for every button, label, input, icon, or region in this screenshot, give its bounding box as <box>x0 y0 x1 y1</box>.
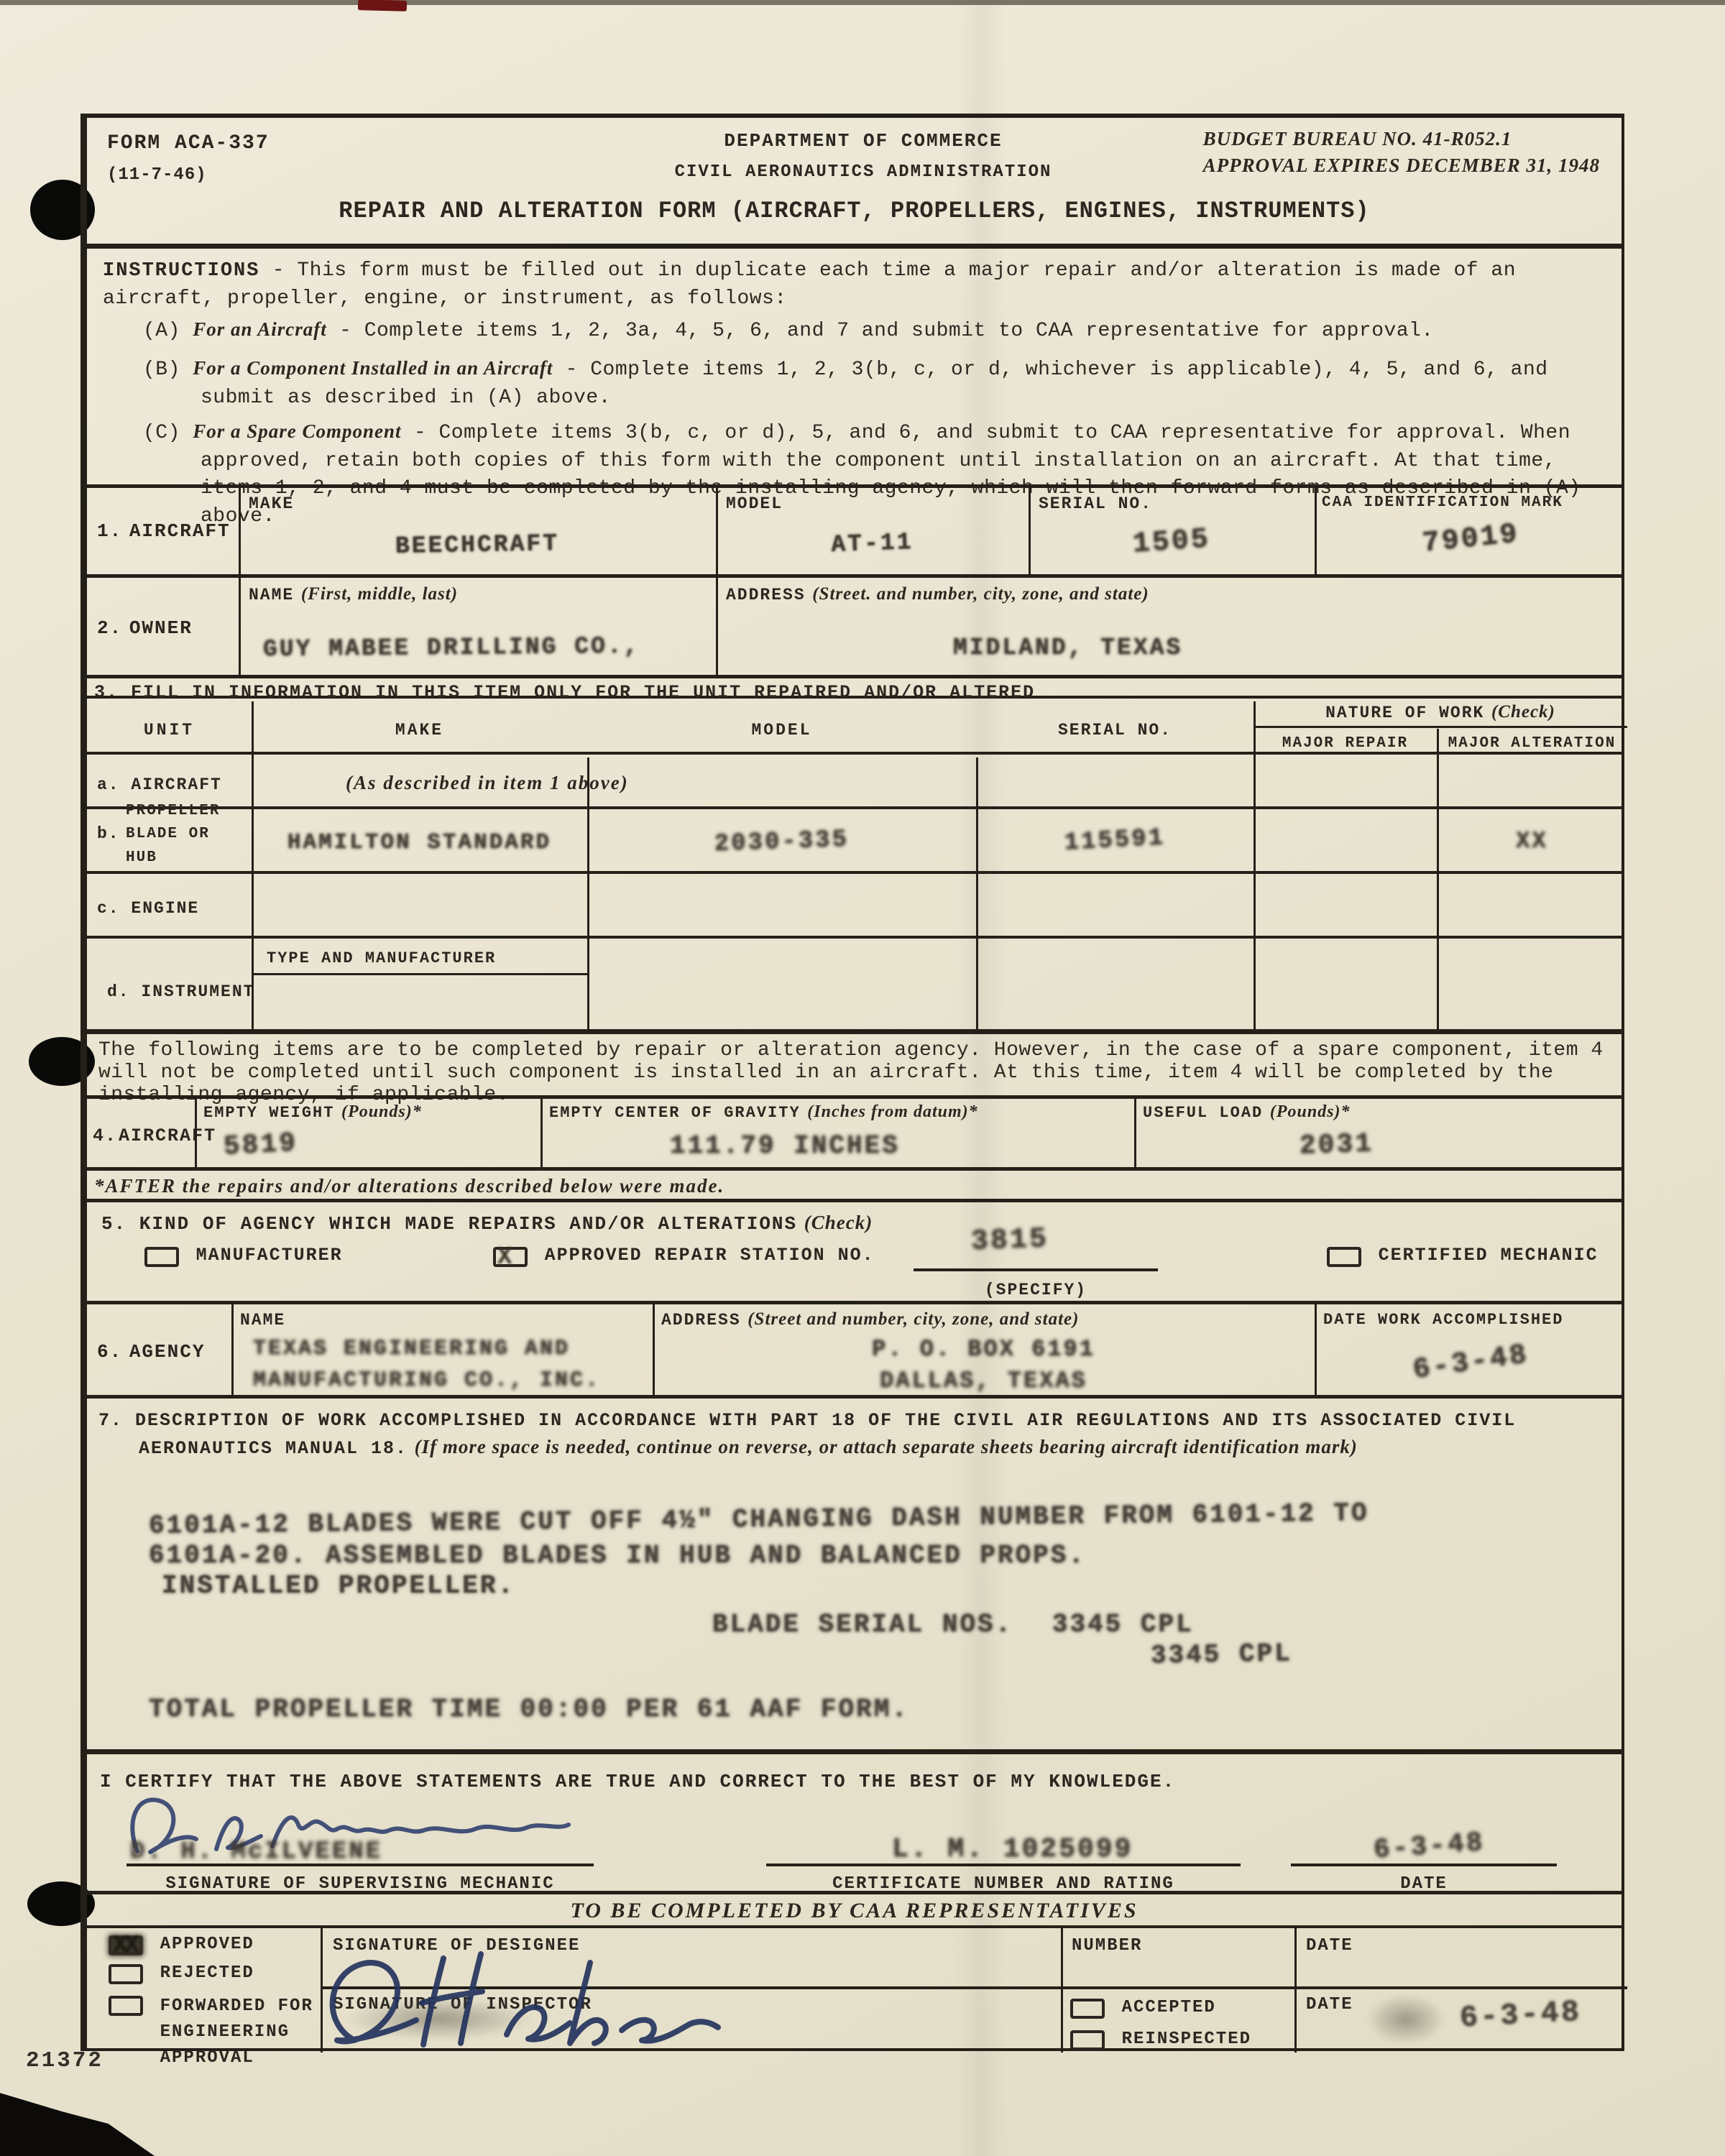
instruction-item-b: (B) For a Component Installed in an Airc… <box>143 356 1602 412</box>
certification-date-line[interactable] <box>1291 1864 1557 1866</box>
inspector-signature-text: E. H. Hale <box>87 1928 88 1929</box>
forwarded-label-1: FORWARDED FOR <box>160 1996 313 2017</box>
caa-representatives-box: XX APPROVED REJECTED FORWARDED FOR ENGIN… <box>87 1925 1621 2053</box>
item3-heading-bar: 3. FILL IN INFORMATION IN THIS ITEM ONLY… <box>87 675 1621 699</box>
instruction-b-title: For a Component Installed in an Aircraft <box>193 357 553 379</box>
table-row-propeller[interactable]: b. PROPELLER BLADE OR HUB HAMILTON STAND… <box>87 812 1621 874</box>
repair-station-option[interactable]: X APPROVED REPAIR STATION NO. <box>493 1244 875 1267</box>
instruction-a-title: For an Aircraft <box>193 318 327 340</box>
row-d-title: INSTRUMENT <box>141 982 254 1001</box>
item4-cg-cell[interactable]: EMPTY CENTER OF GRAVITY (Inches from dat… <box>540 1099 1134 1167</box>
description-line2: 6101A-20. ASSEMBLED BLADES IN HUB AND BA… <box>149 1539 1086 1572</box>
item6-agency-row: 6. AGENCY NAME TEXAS ENGINEERING AND MAN… <box>87 1301 1621 1395</box>
row-b-serial: 115591 <box>975 819 1254 863</box>
caa-heading-band: TO BE COMPLETED BY CAA REPRESENTATIVES <box>87 1891 1621 1925</box>
description-line3: INSTALLED PROPELLER. <box>162 1570 515 1602</box>
row-c-prefix: c. <box>97 899 120 918</box>
date-work-value: 6-3-48 <box>1314 1325 1628 1402</box>
row-a-title: AIRCRAFT <box>131 775 221 794</box>
scan-edge <box>0 0 1725 5</box>
agency-address-label: ADDRESS <box>661 1311 741 1330</box>
date-work-label: DATE WORK ACCOMPLISHED <box>1323 1310 1563 1330</box>
row-b-line2: BLADE OR <box>126 825 220 844</box>
useful-load-hint: (Pounds)* <box>1270 1102 1351 1121</box>
form-header: FORM ACA-337 (11-7-46) DEPARTMENT OF COM… <box>87 118 1621 244</box>
reinspected-checkbox[interactable] <box>1070 2030 1105 2050</box>
item3-heading: 3. FILL IN INFORMATION IN THIS ITEM ONLY… <box>94 681 1035 704</box>
row-a-label: a. AIRCRAFT <box>97 775 222 796</box>
form-revision-date: (11-7-46) <box>107 165 270 186</box>
administration-line: CIVIL AERONAUTICS ADMINISTRATION <box>590 162 1136 183</box>
blade-serial-label: BLADE SERIAL NOS. <box>712 1610 1013 1639</box>
instructions-intro: INSTRUCTIONS - This form must be filled … <box>103 257 1605 313</box>
row-a-note: (As described in item 1 above) <box>346 773 629 793</box>
accepted-label: ACCEPTED <box>1122 1998 1216 2017</box>
make-value: BEECHCRAFT <box>239 527 717 563</box>
caa-id-value: 79019 <box>1314 506 1629 573</box>
item7-heading-hint: (If more space is needed, continue on re… <box>415 1436 1358 1457</box>
cg-hint: (Inches from datum)* <box>807 1102 977 1121</box>
serial-label: SERIAL NO. <box>1039 494 1152 515</box>
instructions-intro-text: - This form must be filled out in duplic… <box>103 259 1516 310</box>
table-row-aircraft: a. AIRCRAFT (As described in item 1 abov… <box>87 757 1621 809</box>
row-d-prefix: d. <box>107 982 130 1001</box>
empty-weight-value: 5819 <box>223 1127 298 1164</box>
owner-name-label: NAME <box>249 586 294 604</box>
item2-owner-row: 2. OWNER NAME (First, middle, last) GUY … <box>87 574 1621 675</box>
item4-label: 4. <box>93 1125 117 1147</box>
certified-mechanic-checkbox[interactable] <box>1327 1247 1361 1267</box>
inspector-date-label: DATE <box>1306 1994 1353 2016</box>
row-b-line3: HUB <box>126 849 220 867</box>
row-b-label: b. PROPELLER BLADE OR HUB <box>97 802 220 867</box>
reinspected-label: REINSPECTED <box>1122 2030 1251 2049</box>
agency-address-hint: (Street and number, city, zone, and stat… <box>747 1309 1079 1329</box>
manufacturer-checkbox[interactable] <box>144 1247 179 1267</box>
form-number-block: FORM ACA-337 (11-7-46) <box>107 131 270 186</box>
divider <box>1061 1928 1063 2053</box>
serial-value: 1505 <box>1028 515 1315 570</box>
designee-date-label: DATE <box>1306 1935 1353 1957</box>
repair-station-checkbox[interactable]: X <box>493 1247 528 1267</box>
make-label: MAKE <box>249 494 294 515</box>
blade-serial-block: BLADE SERIAL NOS. 3345 CPL <box>712 1608 1194 1641</box>
red-ink-mark <box>358 0 407 11</box>
item3-table: UNIT MAKE MODEL SERIAL NO. NATURE OF WOR… <box>87 701 1621 1029</box>
blade-serial-2: 3345 CPL <box>1151 1637 1293 1672</box>
budget-block: BUDGET BUREAU NO. 41-R052.1 APPROVAL EXP… <box>1203 129 1600 175</box>
item5-heading-hint: (Check) <box>804 1212 873 1233</box>
rejected-option[interactable]: REJECTED <box>109 1963 254 1984</box>
divider <box>587 757 589 1029</box>
table-row-engine[interactable]: c. ENGINE <box>87 877 1621 939</box>
specify-label: (SPECIFY) <box>914 1280 1158 1301</box>
scanned-form-sheet: 21372 FORM ACA-337 (11-7-46) DEPARTMENT … <box>0 0 1725 2156</box>
item2-title: OWNER <box>129 617 193 639</box>
model-label: MODEL <box>726 494 783 515</box>
divider <box>252 701 254 1029</box>
col-major-repair: MAJOR REPAIR <box>1253 734 1437 753</box>
row-b-model: 2030-335 <box>586 821 976 865</box>
certified-mechanic-label: CERTIFIED MECHANIC <box>1379 1245 1598 1266</box>
repair-station-label: APPROVED REPAIR STATION NO. <box>545 1245 875 1266</box>
instructions-label: INSTRUCTIONS <box>103 260 259 282</box>
table-row-instrument[interactable]: d. INSTRUMENT TYPE AND MANUFACTURER <box>87 941 1621 1029</box>
owner-address-value: MIDLAND, TEXAS <box>953 634 1182 663</box>
certification-section: I CERTIFY THAT THE ABOVE STATEMENTS ARE … <box>87 1749 1621 1891</box>
forwarded-label-2: ENGINEERING <box>160 2022 313 2043</box>
instruction-a-text: - Complete items 1, 2, 3a, 4, 5, 6, and … <box>327 320 1434 342</box>
instructions-section: INSTRUCTIONS - This form must be filled … <box>87 244 1621 484</box>
item1-make-cell[interactable]: MAKE BEECHCRAFT <box>239 488 716 574</box>
department-line: DEPARTMENT OF COMMERCE <box>590 129 1136 153</box>
instruction-b-label: (B) <box>143 359 180 381</box>
instruction-a-label: (A) <box>143 320 180 342</box>
agency-name-line2: MANUFACTURING CO., INC. <box>253 1368 600 1393</box>
department-block: DEPARTMENT OF COMMERCE CIVIL AERONAUTICS… <box>590 129 1136 183</box>
empty-weight-hint: (Pounds)* <box>341 1102 422 1121</box>
forwarded-label-3: APPROVAL <box>160 2047 313 2069</box>
item4-aircraft-row: 4. AIRCRAFT EMPTY WEIGHT (Pounds)* 5819 … <box>87 1095 1621 1167</box>
row-c-label: c. ENGINE <box>97 898 199 919</box>
instruction-c-title: For a Spare Component <box>193 420 401 442</box>
owner-address-hint: (Street. and number, city, zone, and sta… <box>812 584 1149 604</box>
mechanic-signature-text: D. H. McIlveene <box>87 1754 88 1755</box>
cg-value: 111.79 INCHES <box>670 1130 900 1161</box>
item1-title: AIRCRAFT <box>129 520 231 542</box>
model-value: AT-11 <box>715 524 1029 563</box>
row-c-title: ENGINE <box>131 899 199 918</box>
col-nature-of-work: NATURE OF WORK (Check) <box>1253 703 1627 724</box>
item1-aircraft-row: 1. AIRCRAFT MAKE BEECHCRAFT MODEL AT-11 … <box>87 484 1621 574</box>
empty-weight-label: EMPTY WEIGHT <box>203 1104 334 1122</box>
owner-name-value: GUY MABEE DRILLING CO., <box>263 632 640 664</box>
item4-number: 4. <box>93 1125 117 1146</box>
item6-title: AGENCY <box>129 1341 206 1363</box>
col-unit: UNIT <box>87 720 252 741</box>
item6-name-cell[interactable]: NAME TEXAS ENGINEERING AND MANUFACTURING… <box>231 1304 653 1395</box>
item6-label: 6. AGENCY <box>97 1340 205 1364</box>
repair-station-number: 3815 <box>970 1222 1049 1260</box>
certification-date-value: 6-3-48 <box>1373 1827 1486 1867</box>
forwarded-option[interactable]: FORWARDED FOR ENGINEERING APPROVAL <box>109 1996 313 2069</box>
forwarded-checkbox[interactable] <box>109 1996 143 2016</box>
table-header-row: UNIT MAKE MODEL SERIAL NO. NATURE OF WOR… <box>87 701 1621 755</box>
check-mark: X <box>497 1245 509 1270</box>
useful-load-label: USEFUL LOAD <box>1143 1104 1263 1122</box>
item7-description-section[interactable]: 7. DESCRIPTION OF WORK ACCOMPLISHED IN A… <box>87 1395 1621 1749</box>
col-make: MAKE <box>252 720 587 741</box>
row-b-alteration-check[interactable]: XX <box>1437 828 1627 855</box>
caa-id-label: CAA IDENTIFICATION MARK <box>1322 494 1563 512</box>
divider <box>252 973 587 975</box>
certificate-number-line[interactable] <box>766 1864 1241 1866</box>
mechanic-typed-name: D. H. McILVEENE <box>130 1838 382 1867</box>
station-number-line[interactable] <box>914 1268 1158 1271</box>
divider <box>1294 1928 1297 2053</box>
accepted-checkbox[interactable] <box>1070 1999 1105 2019</box>
col-model: MODEL <box>587 720 976 741</box>
item1-number: 1. <box>97 520 122 542</box>
manufacturer-label: MANUFACTURER <box>196 1245 343 1266</box>
agency-name-line1: TEXAS ENGINEERING AND <box>253 1336 570 1362</box>
sheet-number: 21372 <box>26 2050 103 2072</box>
cg-label: EMPTY CENTER OF GRAVITY <box>549 1104 801 1122</box>
item6-address-cell[interactable]: ADDRESS (Street and number, city, zone, … <box>653 1304 1315 1395</box>
blade-serial-1: 3345 CPL <box>1052 1610 1194 1639</box>
approved-label: APPROVED <box>160 1935 254 1954</box>
item1-caa-mark-cell[interactable]: CAA IDENTIFICATION MARK 79019 <box>1315 488 1627 574</box>
inspector-signature[interactable] <box>303 1934 748 2053</box>
nature-hint: (Check) <box>1491 702 1555 722</box>
accepted-option[interactable]: ACCEPTED <box>1070 1997 1216 2019</box>
divider <box>1253 701 1256 1029</box>
rejected-label: REJECTED <box>160 1963 254 1983</box>
item5-heading: 5. KIND OF AGENCY WHICH MADE REPAIRS AND… <box>101 1213 797 1235</box>
instruction-c-label: (C) <box>143 422 180 444</box>
item6-date-cell[interactable]: DATE WORK ACCOMPLISHED 6-3-48 <box>1315 1304 1627 1395</box>
col-major-alteration: MAJOR ALTERATION <box>1437 734 1627 753</box>
divider <box>1437 729 1439 1029</box>
item2-label: 2. OWNER <box>97 617 193 640</box>
inspector-date-value: 6-3-48 <box>1459 1994 1583 2037</box>
footnote-section: *AFTER the repairs and/or alterations de… <box>87 1167 1621 1199</box>
interim-note-section: The following items are to be completed … <box>87 1029 1621 1095</box>
approved-checkbox[interactable]: XX <box>109 1935 143 1955</box>
item2-name-cell[interactable]: NAME (First, middle, last) GUY MABEE DRI… <box>239 578 716 675</box>
agency-address-line1: P. O. BOX 6191 <box>653 1336 1315 1363</box>
agency-address-line2: DALLAS, TEXAS <box>653 1368 1315 1395</box>
description-line1: 6101A-12 BLADES WERE CUT OFF 4½" CHANGIN… <box>149 1497 1369 1542</box>
item2-number: 2. <box>97 617 122 639</box>
divider <box>976 757 978 1029</box>
manufacturer-option[interactable]: MANUFACTURER <box>144 1244 343 1267</box>
owner-name-hint: (First, middle, last) <box>301 584 458 604</box>
item6-number: 6. <box>97 1341 122 1363</box>
rejected-checkbox[interactable] <box>109 1964 143 1984</box>
row-d-label: d. INSTRUMENT <box>107 982 254 1003</box>
item7-heading-block: 7. DESCRIPTION OF WORK ACCOMPLISHED IN A… <box>98 1407 1593 1463</box>
scan-corner-shadow <box>0 2079 155 2156</box>
row-b-make: HAMILTON STANDARD <box>252 829 587 856</box>
item1-serial-cell[interactable]: SERIAL NO. 1505 <box>1029 488 1315 574</box>
approved-option[interactable]: XX APPROVED <box>109 1934 254 1955</box>
item4-useful-load-cell[interactable]: USEFUL LOAD (Pounds)* 2031 <box>1134 1099 1627 1167</box>
owner-address-label: ADDRESS <box>726 586 806 604</box>
item1-model-cell[interactable]: MODEL AT-11 <box>716 488 1029 574</box>
approval-expires-line: APPROVAL EXPIRES DECEMBER 31, 1948 <box>1203 156 1600 175</box>
certified-mechanic-option[interactable]: CERTIFIED MECHANIC <box>1327 1244 1598 1267</box>
form-number: FORM ACA-337 <box>107 131 270 156</box>
certificate-number-value: L. M. 1025099 <box>892 1833 1133 1866</box>
number-label: NUMBER <box>1072 1935 1142 1957</box>
reinspected-option[interactable]: REINSPECTED <box>1070 2029 1251 2050</box>
caa-heading: TO BE COMPLETED BY CAA REPRESENTATIVES <box>87 1900 1621 1922</box>
divider <box>1253 726 1627 728</box>
budget-bureau-line: BUDGET BUREAU NO. 41-R052.1 <box>1203 129 1600 149</box>
row-d-sub-label: TYPE AND MANUFACTURER <box>267 949 496 969</box>
item5-agency-kind-section: 5. KIND OF AGENCY WHICH MADE REPAIRS AND… <box>87 1199 1621 1301</box>
row-b-line1: PROPELLER <box>126 802 220 821</box>
row-b-prefix: b. <box>97 824 120 844</box>
item4-empty-weight-cell[interactable]: EMPTY WEIGHT (Pounds)* 5819 <box>195 1099 540 1167</box>
nature-label: NATURE OF WORK <box>1325 704 1484 722</box>
row-a-prefix: a. <box>97 775 120 794</box>
agency-name-label: NAME <box>240 1310 285 1331</box>
mechanic-signature-line[interactable] <box>126 1864 594 1866</box>
item1-label: 1. AIRCRAFT <box>97 520 231 543</box>
useful-load-value: 2031 <box>1299 1128 1374 1163</box>
col-serial: SERIAL NO. <box>976 720 1253 741</box>
aca-337-form: FORM ACA-337 (11-7-46) DEPARTMENT OF COM… <box>80 114 1624 2051</box>
instruction-item-a: (A) For an Aircraft - Complete items 1, … <box>143 318 1602 346</box>
total-propeller-time: TOTAL PROPELLER TIME 00:00 PER 61 AAF FO… <box>149 1693 909 1726</box>
footnote-text: *AFTER the repairs and/or alterations de… <box>94 1176 724 1196</box>
item2-address-cell[interactable]: ADDRESS (Street. and number, city, zone,… <box>716 578 1627 675</box>
form-title: REPAIR AND ALTERATION FORM (AIRCRAFT, PR… <box>87 200 1621 223</box>
pencil-smudge <box>1366 1994 1445 2045</box>
